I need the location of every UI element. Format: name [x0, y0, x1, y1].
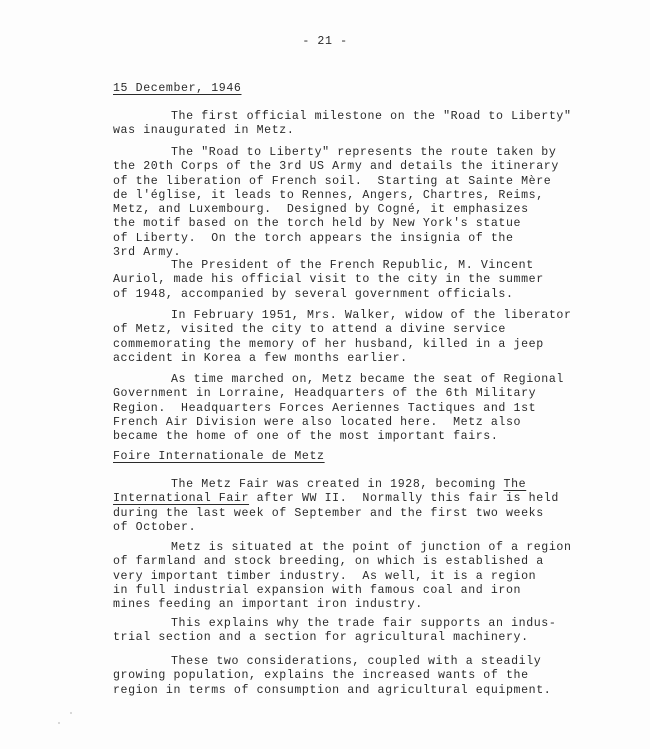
text-line: The Metz Fair was created in 1928, becom… [113, 478, 593, 492]
underlined-phrase: International Fair [113, 492, 249, 505]
paragraph-considerations: These two considerations, coupled with a… [113, 655, 593, 698]
text-fragment: after WW II. Normally this fair is held [249, 492, 559, 505]
text-line: The first official milestone on the "Roa… [113, 110, 593, 124]
text-line: Metz is situated at the point of junctio… [113, 541, 593, 555]
text-line: of Liberty. On the torch appears the ins… [113, 232, 593, 246]
text-line: International Fair after WW II. Normally… [113, 492, 593, 506]
text-line: commemorating the memory of her husband,… [113, 338, 593, 352]
text-line: As time marched on, Metz became the seat… [113, 373, 593, 387]
text-line: of October. [113, 521, 593, 535]
text-line: was inaugurated in Metz. [113, 124, 593, 138]
text-line: of farmland and stock breeding, on which… [113, 555, 593, 569]
text-line: Metz, and Luxembourg. Designed by Cogné,… [113, 203, 593, 217]
text-line: of 1948, accompanied by several governme… [113, 288, 593, 302]
paragraph-mrs-walker: In February 1951, Mrs. Walker, widow of … [113, 309, 593, 366]
paragraph-president-visit: The President of the French Republic, M.… [113, 259, 593, 302]
paragraph-trade-fair: This explains why the trade fair support… [113, 617, 593, 646]
text-line: These two considerations, coupled with a… [113, 655, 593, 669]
text-line: growing population, explains the increas… [113, 669, 593, 683]
text-line: trial section and a section for agricult… [113, 631, 593, 645]
text-line: of Metz, visited the city to attend a di… [113, 323, 593, 337]
page-number: - 21 - [0, 35, 650, 48]
text-line: in full industrial expansion with famous… [113, 584, 593, 598]
text-line: The President of the French Republic, M.… [113, 259, 593, 273]
document-page: - 21 - 15 December, 1946 The first offic… [0, 0, 650, 749]
paragraph-milestone: The first official milestone on the "Roa… [113, 110, 593, 139]
text-line: region in terms of consumption and agric… [113, 684, 593, 698]
text-line: accident in Korea a few months earlier. [113, 352, 593, 366]
scan-speck [58, 722, 60, 724]
section-heading-foire: Foire Internationale de Metz [113, 450, 325, 463]
text-line: The "Road to Liberty" represents the rou… [113, 146, 593, 160]
text-line: This explains why the trade fair support… [113, 617, 593, 631]
paragraph-junction: Metz is situated at the point of junctio… [113, 541, 593, 612]
text-line: de l'église, it leads to Rennes, Angers,… [113, 189, 593, 203]
paragraph-road-to-liberty: The "Road to Liberty" represents the rou… [113, 146, 593, 260]
text-line: Government in Lorraine, Headquarters of … [113, 387, 593, 401]
section-heading-date: 15 December, 1946 [113, 82, 241, 95]
text-line: mines feeding an important iron industry… [113, 598, 593, 612]
text-line: very important timber industry. As well,… [113, 570, 593, 584]
text-line: Auriol, made his official visit to the c… [113, 273, 593, 287]
underlined-phrase: The [504, 478, 527, 491]
text-line: Region. Headquarters Forces Aeriennes Ta… [113, 402, 593, 416]
text-line: the 20th Corps of the 3rd US Army and de… [113, 160, 593, 174]
text-line: French Air Division were also located he… [113, 416, 593, 430]
scan-speck [70, 712, 72, 714]
paragraph-regional-government: As time marched on, Metz became the seat… [113, 373, 593, 444]
text-line: became the home of one of the most impor… [113, 430, 593, 444]
text-line: In February 1951, Mrs. Walker, widow of … [113, 309, 593, 323]
text-line: of the liberation of French soil. Starti… [113, 175, 593, 189]
paragraph-metz-fair: The Metz Fair was created in 1928, becom… [113, 478, 593, 535]
text-line: the motif based on the torch held by New… [113, 217, 593, 231]
text-line: during the last week of September and th… [113, 507, 593, 521]
text-fragment: The Metz Fair was created in 1928, becom… [171, 478, 504, 491]
